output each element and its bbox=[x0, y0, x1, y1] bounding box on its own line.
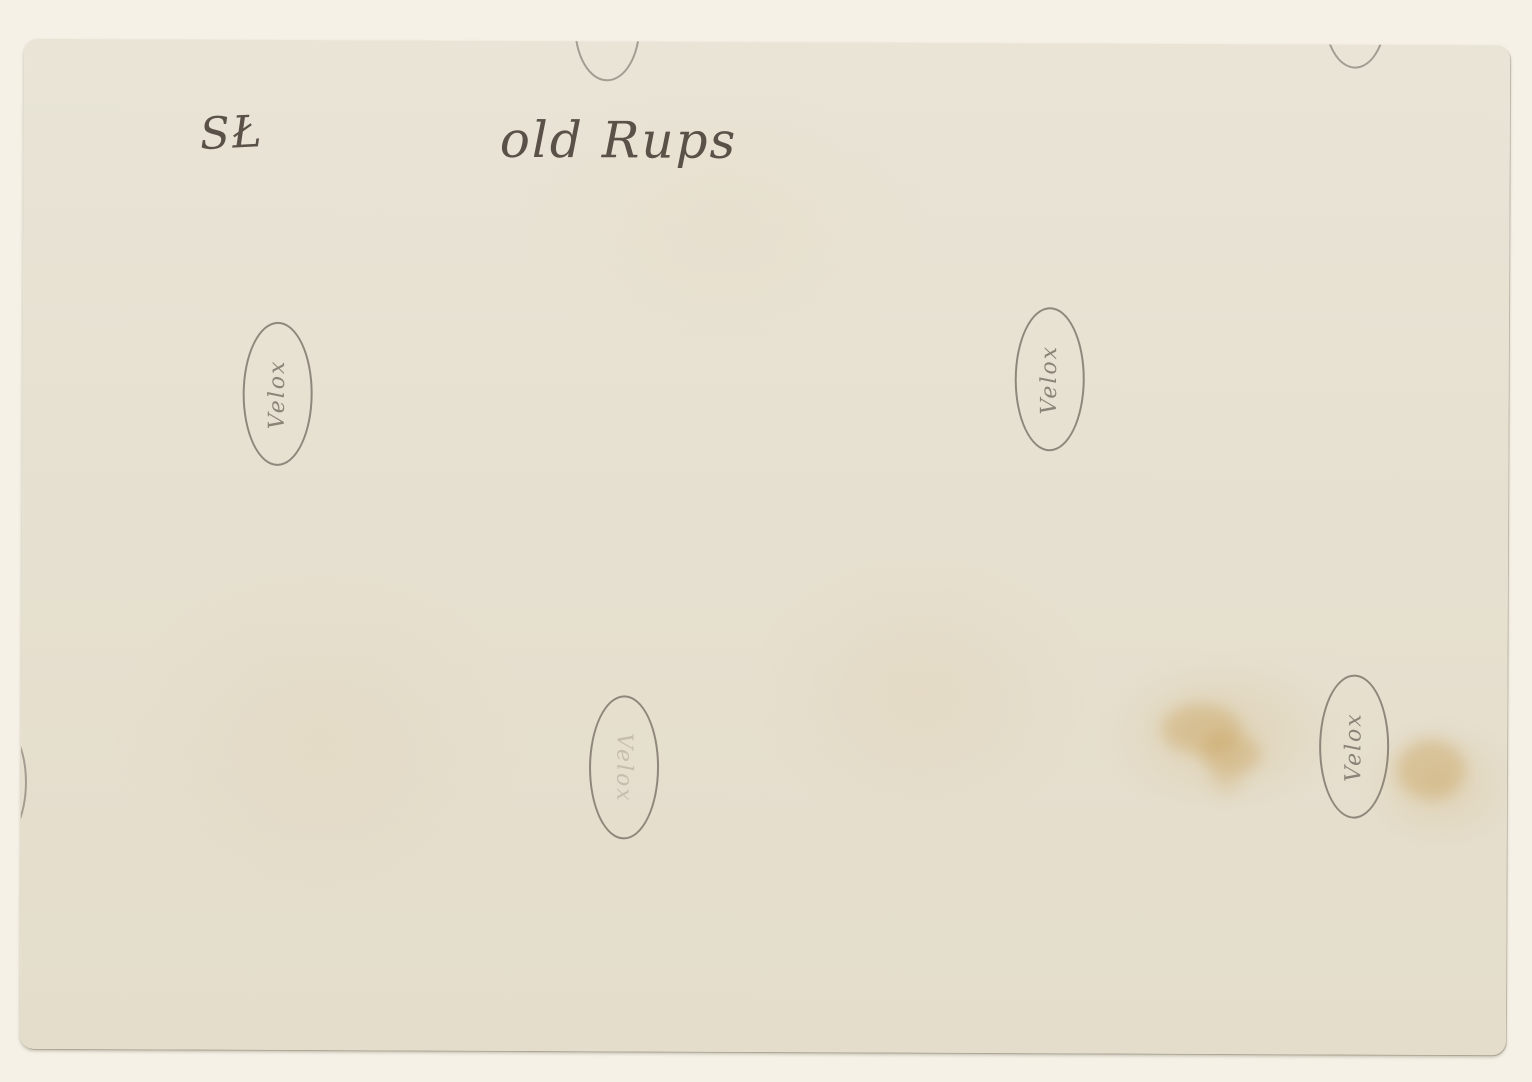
velox-stamp-partial-left bbox=[20, 721, 27, 845]
velox-stamp-partial-top bbox=[574, 39, 640, 82]
velox-stamp-text: Velox bbox=[1341, 712, 1366, 782]
photo-back-card: SŁ old Rups Velox Velox Velox Velox bbox=[20, 39, 1510, 1055]
velox-stamp-partial-topright bbox=[1324, 39, 1386, 69]
velox-stamp-text: Velox bbox=[1037, 344, 1062, 414]
velox-stamp: Velox bbox=[1014, 307, 1085, 451]
velox-stamp-text: Velox bbox=[611, 733, 636, 803]
handwritten-title-note: old Rups bbox=[500, 111, 738, 170]
handwritten-note-left: SŁ bbox=[199, 106, 265, 160]
velox-stamp: Velox bbox=[1319, 674, 1390, 818]
velox-stamp: Velox bbox=[242, 322, 313, 466]
foxing-stain bbox=[1396, 740, 1466, 800]
foxing-stain bbox=[1211, 764, 1241, 794]
velox-stamp-text: Velox bbox=[265, 359, 290, 429]
velox-stamp-faded: Velox bbox=[589, 695, 660, 839]
